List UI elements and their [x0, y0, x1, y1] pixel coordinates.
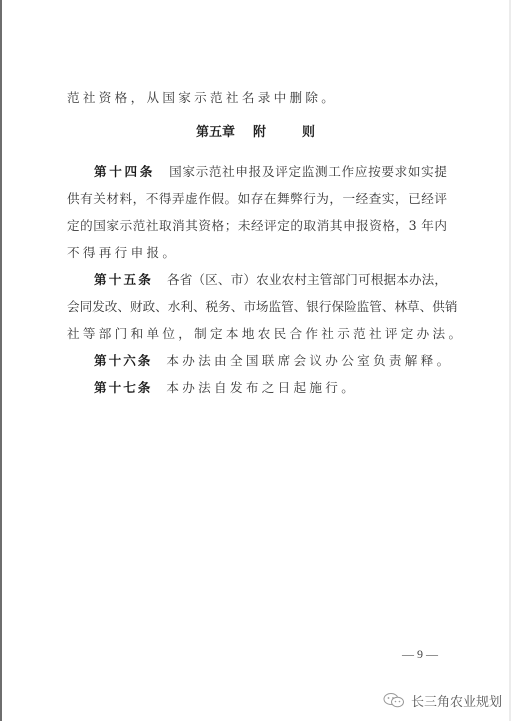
chapter-title-1: 附 — [253, 125, 266, 140]
article-label: 第十五条 — [94, 272, 153, 287]
text-line: 本办法由全国联席会议办公室负责解释。 — [166, 353, 452, 368]
article-14: 第十四条国家示范社申报及评定监测工作应按要求如实提 — [94, 162, 447, 182]
text-line: 不得再行申报。 — [67, 243, 447, 263]
wechat-icon — [383, 692, 405, 708]
text-line: 供有关材料，不得弄虚作假。如存在舞弊行为，一经查实，已经评 — [67, 189, 447, 209]
chapter-title-2: 则 — [302, 125, 315, 140]
watermark: 长三角农业规划 — [383, 689, 502, 711]
text-line: 社等部门和单位，制定本地农民合作社示范社评定办法。 — [67, 324, 447, 344]
chapter-heading: 第五章附则 — [0, 121, 511, 140]
article-label: 第十六条 — [94, 353, 152, 368]
text-line: 会同发改、财政、水利、税务、市场监管、银行保险监管、林草、供销 — [67, 297, 447, 317]
watermark-text: 长三角农业规划 — [411, 691, 502, 710]
text-line: 各省（区、市）农业农村主管部门可根据本办法， — [167, 272, 447, 287]
text-line: 范社资格，从国家示范社名录中删除。 — [67, 88, 447, 108]
article-label: 第十四条 — [94, 164, 155, 179]
article-label: 第十七条 — [94, 380, 152, 395]
article-17: 第十七条本办法自发布之日起施行。 — [94, 378, 447, 398]
chapter-number: 第五章 — [196, 125, 235, 140]
page-left-border — [0, 0, 2, 721]
page-number: — 9 — — [380, 647, 460, 662]
text-line: 本办法自发布之日起施行。 — [166, 380, 357, 395]
article-15: 第十五条各省（区、市）农业农村主管部门可根据本办法， — [94, 270, 447, 290]
text-line: 国家示范社申报及评定监测工作应按要求如实提 — [169, 164, 447, 179]
text-line: 定的国家示范社取消其资格；未经评定的取消其申报资格，3 年内 — [67, 216, 447, 236]
article-16: 第十六条本办法由全国联席会议办公室负责解释。 — [94, 351, 447, 371]
